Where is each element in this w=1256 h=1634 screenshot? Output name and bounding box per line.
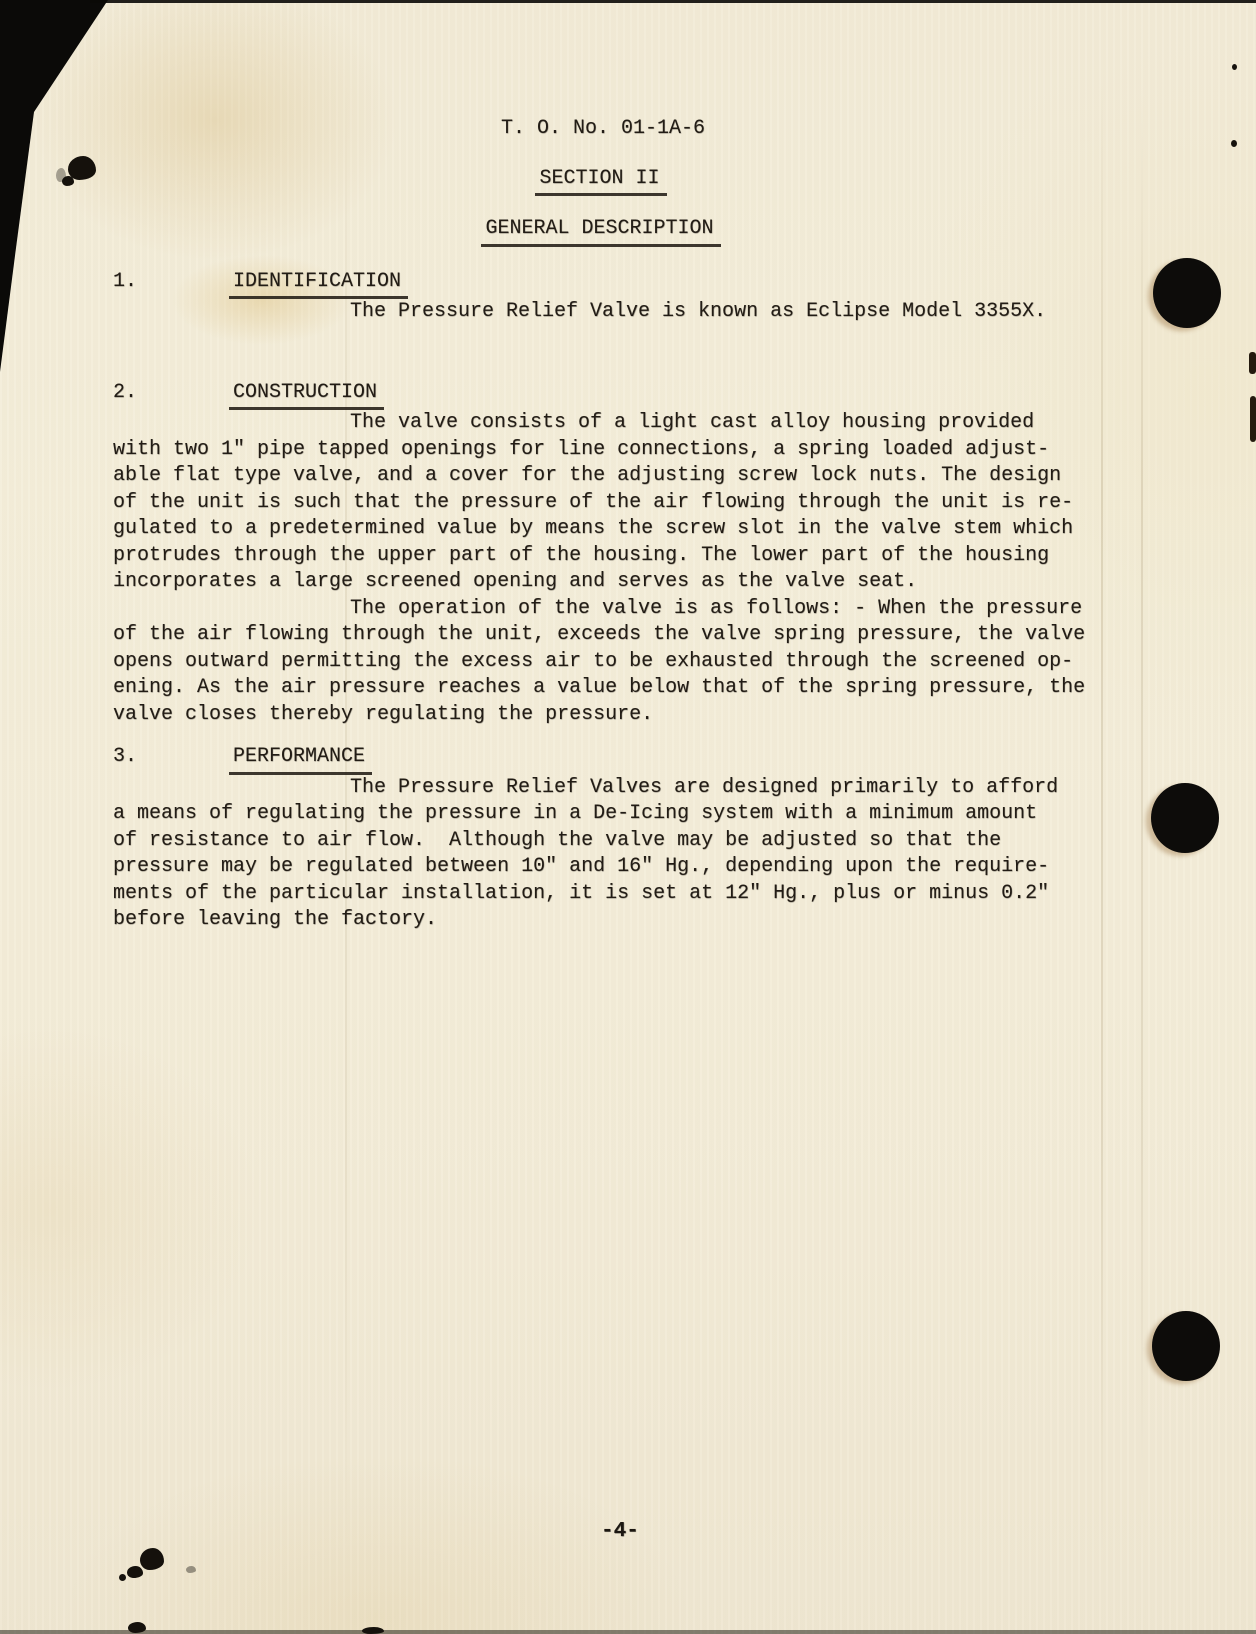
edge-nick <box>1250 396 1256 442</box>
paragraph-line: before leaving the factory. <box>113 907 1093 934</box>
section-number: 2. <box>113 380 233 411</box>
paragraph-line: with two 1" pipe tapped openings for lin… <box>113 437 1093 464</box>
section-heading: PERFORMANCE <box>229 744 372 775</box>
ink-blot <box>140 1548 164 1570</box>
paragraph-line: of resistance to air flow. Although the … <box>113 828 1093 855</box>
section-subtitle: GENERAL DESCRIPTION <box>113 216 1093 247</box>
ink-speck <box>1231 140 1237 147</box>
paragraph-line: pressure may be regulated between 10" an… <box>113 854 1093 881</box>
section-performance: 3.PERFORMANCEThe Pressure Relief Valves … <box>113 744 1093 934</box>
section-number: 3. <box>113 744 233 775</box>
ink-speck <box>119 1574 126 1581</box>
ink-blot <box>68 156 96 180</box>
section-heading: IDENTIFICATION <box>229 269 408 300</box>
paragraph-line: The valve consists of a light cast alloy… <box>113 410 1093 437</box>
section-construction: 2.CONSTRUCTIONThe valve consists of a li… <box>113 380 1093 729</box>
paragraph-line: opens outward permitting the excess air … <box>113 649 1093 676</box>
ink-blot <box>127 1566 143 1578</box>
paragraph-line: The Pressure Relief Valves are designed … <box>113 775 1093 802</box>
page-number: -4- <box>601 1520 639 1543</box>
paragraph-line: ening. As the air pressure reaches a val… <box>113 675 1093 702</box>
scan-bottom-edge <box>0 1630 1256 1634</box>
section-identification: 1.IDENTIFICATIONThe Pressure Relief Valv… <box>113 269 1093 326</box>
paragraph-line: protrudes through the upper part of the … <box>113 543 1093 570</box>
ink-smudge <box>186 1566 196 1573</box>
paper-crease <box>1141 0 1143 1634</box>
hole-punch <box>1153 258 1221 328</box>
paragraph-line: ments of the particular installation, it… <box>113 881 1093 908</box>
section-number: 1. <box>113 269 233 300</box>
edge-nick <box>1249 352 1256 374</box>
paragraph-line: able flat type valve, and a cover for th… <box>113 463 1093 490</box>
paragraph-line: The operation of the valve is as follows… <box>113 596 1093 623</box>
scanned-document-page: T. O. No. 01-1A-6 SECTION II GENERAL DES… <box>0 0 1256 1634</box>
document-body: T. O. No. 01-1A-6 SECTION II GENERAL DES… <box>113 116 1093 934</box>
ink-speck <box>1232 64 1237 70</box>
paragraph-line: valve closes thereby regulating the pres… <box>113 702 1093 729</box>
section-title: SECTION II <box>113 166 1093 197</box>
hole-punch <box>1151 783 1219 853</box>
paragraph-line: The Pressure Relief Valve is known as Ec… <box>113 299 1093 326</box>
paragraph-line: incorporates a large screened opening an… <box>113 569 1093 596</box>
paragraph-line: gulated to a predetermined value by mean… <box>113 516 1093 543</box>
paragraph-line: of the air flowing through the unit, exc… <box>113 622 1093 649</box>
paragraph-line: a means of regulating the pressure in a … <box>113 801 1093 828</box>
sections-container: 1.IDENTIFICATIONThe Pressure Relief Valv… <box>113 269 1093 934</box>
paragraph-line: of the unit is such that the pressure of… <box>113 490 1093 517</box>
document-header: T. O. No. 01-1A-6 SECTION II GENERAL DES… <box>113 116 1093 247</box>
technical-order-number: T. O. No. 01-1A-6 <box>113 116 1093 143</box>
hole-punch <box>1152 1311 1220 1381</box>
section-heading: CONSTRUCTION <box>229 380 384 411</box>
edge-smudge <box>362 1627 384 1634</box>
edge-smudge <box>128 1622 146 1633</box>
ink-smudge <box>56 168 66 182</box>
scan-top-edge <box>90 0 1256 3</box>
paper-crease <box>1101 0 1103 1634</box>
